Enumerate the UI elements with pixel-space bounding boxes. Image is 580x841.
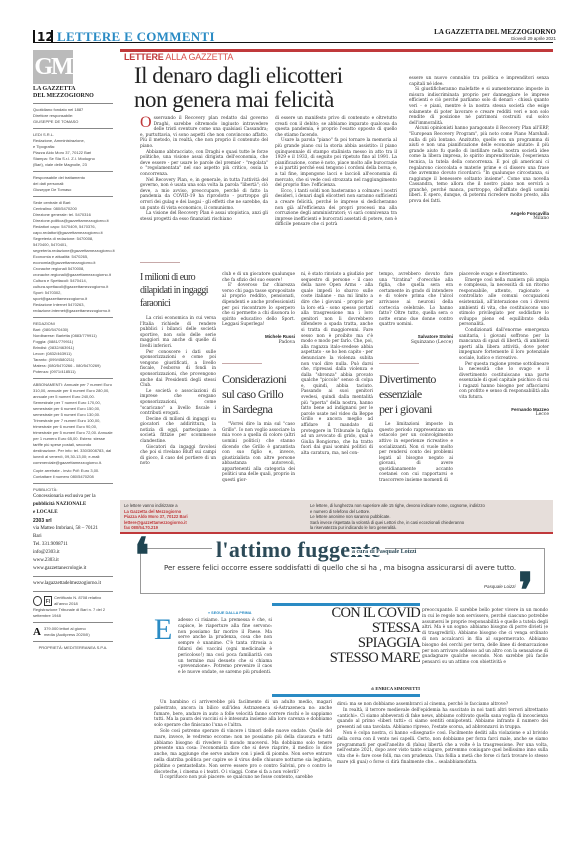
kicker-light: ALLA GAZZETTA <box>165 52 233 62</box>
letter-text: Emerge così nella maniera più ampia e co… <box>459 278 549 328</box>
byline-author: ENRICA SIMONETTI <box>375 686 420 691</box>
quote-text: Per essere felici occorre essere soddisf… <box>164 562 534 574</box>
letter-text: Per questa ragione preme sottolineare la… <box>459 362 549 401</box>
ads-line: Concessionaria esclusiva per la <box>33 493 113 501</box>
divider <box>33 483 113 484</box>
director: GIUSEPPE DE TOMASO <box>33 119 113 125</box>
editorial-col2-top: preoccupante. E sarebbe bello poter vive… <box>422 608 548 666</box>
headline-line-2: non genera mai felicità <box>134 88 343 112</box>
letter-text: Le limitazioni imposte in questo periodo… <box>379 422 453 484</box>
letter-text: ni, è stato rinviato a giudizio per sequ… <box>301 272 373 457</box>
editorial-col2: dirsi: ma se non dobbiamo assembrarci al… <box>337 702 548 766</box>
site-link[interactable]: www.lagazzettadelmezzogiorno.it <box>33 580 113 588</box>
agency-name: 2303 srl <box>33 517 113 525</box>
divider <box>33 378 113 379</box>
info-bottom-bar <box>120 532 553 534</box>
author-location: Milano <box>409 216 549 222</box>
readers-source: media (Audipress 2020/II) <box>44 632 90 637</box>
page-number-bar-left <box>33 30 35 42</box>
letter-divertimento-col2: piacevole svago e divertimento. Emerge c… <box>459 272 549 418</box>
divider <box>33 641 113 642</box>
offices-block: REDAZIONI Bari: (080/5470430) Nordbarese… <box>33 321 113 375</box>
short-rule <box>140 262 180 263</box>
letter-title: Divertimento essenziale per i giovani <box>379 372 453 417</box>
letter-text: Decine di milioni di ingaggi su giocator… <box>140 417 216 445</box>
title-line: sul caso Grillo <box>222 387 295 402</box>
title-line: Divertimento <box>379 372 453 387</box>
letter-title: I milioni di euro dilapidati in ingaggi … <box>140 271 216 310</box>
byline-prefix: di <box>371 686 375 691</box>
letter-text: Per conoscere i dati sulle sponsorizzazi… <box>140 350 216 389</box>
editorial-bottom-bar <box>272 694 420 697</box>
agency-address: via Matteo Imbriani, 58 – 70121 <box>33 525 113 533</box>
ads-cert-icon <box>33 596 42 606</box>
cert-text: Certificato N. 8708 relativo all'anno 20… <box>54 595 113 607</box>
owner: PROPRIETÀ: MEDITERRANEA S.P.A. <box>33 645 113 651</box>
info-line: la riservatezza pur indicando le loro ge… <box>310 525 550 531</box>
agency-website[interactable]: www.2303.it <box>33 557 113 565</box>
letter-grillo-col2: ni, è stato rinviato a giudizio per sequ… <box>301 272 373 457</box>
masthead-name: LA GAZZETTA DEL MEZZOGIORNO <box>434 28 556 36</box>
main-letter-text: Si giustificheranno malefatte e si aumen… <box>409 87 549 126</box>
privacy-block: Responsabile del trattamento dei dati pe… <box>33 175 113 193</box>
contact-email[interactable]: redazione.internet@gazzettamezzogiorno.i… <box>33 308 113 314</box>
letters-submit-info: Le lettere vanno indirizzate a La Gazzet… <box>124 503 188 531</box>
ads-line: e LOCALE <box>33 509 113 517</box>
registration: Registrazione Tribunale di Bari n. 7 del… <box>33 607 113 619</box>
editorial-text: In realtà, il terrore medievale dell'epi… <box>337 708 548 731</box>
editorial-intro: adesso ci risiamo. La premessa è che, si… <box>178 618 272 676</box>
audipress-icon: A <box>33 629 41 635</box>
editorial-text: Il coprifuoco non può piacere: se qualcu… <box>154 775 332 781</box>
editorial-headline: CON IL COVID STESSA SPIAGGIA STESSO MARE <box>310 606 420 666</box>
letter-text: E' doveroso far chiarezza verso chi paga… <box>222 283 295 328</box>
short-rule <box>222 363 262 364</box>
editorial-text: preoccupante. E sarebbe bello poter vive… <box>422 608 548 666</box>
quote-signature: Pasquale Loizzi <box>484 584 516 589</box>
title-line: in Sardegna <box>222 402 295 417</box>
letters-rules-info: Le lettere, di lunghezza non superiore a… <box>310 503 550 531</box>
editorial-col1: Un bambino ci arriverebbe più facilmente… <box>154 700 332 781</box>
letter-text: La crisi economica in cui versa l'Italia… <box>140 316 216 350</box>
copies: Copie arretrate - invio Pdf: Euro 3,00. … <box>33 468 113 480</box>
contacts-block: Sede centrale di Bari: Centralino: 080/5… <box>33 200 113 314</box>
agency-city: Bari <box>33 533 113 541</box>
page-number-bar-right <box>51 30 53 42</box>
title-line: Considerazioni <box>222 372 295 387</box>
letter-milioni: I milioni di euro dilapidati in ingaggi … <box>140 262 216 467</box>
colophon-sidebar: GM LA GAZZETTA DEL MEZZOGIORNO Quotidian… <box>33 50 113 651</box>
quote-box-curator: a cura di Pasquale Loizzi <box>352 549 420 555</box>
kicker-bold: LETTERE <box>124 52 164 62</box>
editorial-byline: di ENRICA SIMONETTI <box>330 686 420 691</box>
main-letter-col3: essere un nuovo connubio tra politica e … <box>409 76 549 222</box>
divider <box>33 591 113 592</box>
letter-title: Considerazioni sul caso Grillo in Sardeg… <box>222 372 295 417</box>
author-location: Lecce <box>459 412 549 418</box>
title-line: per i giovani <box>379 402 453 417</box>
logo-name-2: DEL MEZZOGIORNO <box>33 93 113 100</box>
main-letter-text: Alcuni opinionisti hanno paragonato il R… <box>409 126 549 204</box>
editorial-text: Un bambino ci arriverebbe più facilmente… <box>154 700 332 729</box>
divider <box>33 128 113 129</box>
logo-name-1: LA GAZZETTA <box>33 86 113 93</box>
issue-date: Giovedì 29 aprile 2021 <box>511 36 556 41</box>
letter-text: club e di un giocatore qualunque che fa … <box>222 272 295 283</box>
main-letter-text: Usare la parola "piano" fa poi tornare l… <box>275 138 397 188</box>
letter-text: Giocatori da ingaggi favolosi che poi si… <box>140 445 216 467</box>
agency-website-2[interactable]: www.gazzettanecrologie.it <box>33 565 113 573</box>
segue-text: SEGUE DALLA PRIMA <box>211 611 251 615</box>
office-line: Potenza: (0971/418511) <box>33 369 113 375</box>
author-location: Padova <box>222 340 295 346</box>
editorial-text: Solo così potremo sperare di vincere i t… <box>154 729 332 775</box>
editorial-text: adesso ci risiamo. La premessa è che, si… <box>178 618 272 676</box>
ads-line: pubblicità NAZIONALE <box>33 501 113 509</box>
drop-cap-e: E <box>154 617 172 643</box>
open-quote-icon: ❛ <box>134 537 149 577</box>
letter-text: Condizionati dall'enorme emergenza sanit… <box>459 328 549 362</box>
agency-email[interactable]: info@2303.it <box>33 549 113 557</box>
subscriptions: ABBONAMENTI: Annuale per 7 numeri Euro 3… <box>33 382 113 466</box>
publisher-block: LEDI S.R.L. Redazione, Amministrazione, … <box>33 132 113 168</box>
headline-line-1: Il denaro dagli elicotteri <box>134 64 343 88</box>
divider <box>33 171 113 172</box>
header-rule <box>33 42 553 43</box>
drop-cap-o: O <box>140 116 152 130</box>
letters-headline: Il denaro dagli elicotteri non genera ma… <box>134 64 343 112</box>
readers-row: A 379.000 lettori al giornomedia (Audipr… <box>33 626 113 638</box>
main-letter-col2: di essere un manifesto privo di contenut… <box>275 116 397 228</box>
letter-text: tempo, avrebbero dovuto fare una "tirati… <box>379 272 453 328</box>
divider <box>33 103 113 104</box>
headline-line: STESSO MARE <box>310 651 420 666</box>
title-line: essenziale <box>379 387 453 402</box>
cert-row: FI Certificato N. 8708 relativo all'anno… <box>33 595 113 607</box>
editorial-text: Non è colpa nostra, ci hanno «disegnati»… <box>337 731 548 766</box>
main-letter-text: Nel Recovery Plan, e, in generale, in tu… <box>140 178 268 212</box>
short-rule <box>379 363 419 364</box>
divider <box>33 576 113 577</box>
main-letter-text: sservando il Recovery plan redatto dal g… <box>140 116 268 149</box>
divider <box>33 317 113 318</box>
privacy-line: Giuseppe De Tomaso <box>33 187 113 193</box>
gm-logo-icon: GM <box>33 50 73 84</box>
main-letter-text: di essere un manifesto privo di contenut… <box>275 116 397 138</box>
main-letter-text: La visione del Recovery Plan è assai uto… <box>140 211 268 222</box>
info-address: Piazza Aldo Moro 37, 70122 Bari <box>124 514 188 520</box>
readers-count: 379.000 lettori al giorno <box>44 626 86 631</box>
divider <box>33 196 113 197</box>
main-letter-text: Abbiamo abbracciato, con Draghi e quasi … <box>140 150 268 178</box>
divider <box>33 622 113 623</box>
letter-grillo-col3: tempo, avrebbero dovuto fare una "tirati… <box>379 272 453 484</box>
letter-text: "Vorrei dire la mia sul "caso Grillo". I… <box>222 422 295 484</box>
close-quote-icon: ❜ <box>518 572 533 612</box>
main-letter-col1: Osservando il Recovery plan redatto dal … <box>140 116 268 222</box>
main-letter-text: Ecco, i tanti soldi non basteranno a col… <box>275 189 397 228</box>
letter-text: Le società o associazioni di imprese che… <box>140 389 216 417</box>
author-location: Squinzano (Lecce) <box>379 340 453 346</box>
segue-label: » SEGUE DALLA PRIMA <box>208 611 252 615</box>
headline-line: CON IL COVID <box>310 606 420 621</box>
letter-milioni-col2: club e di un giocatore qualunque che fa … <box>222 272 295 484</box>
fieg-icon: FI <box>44 596 53 606</box>
letters-kicker: LETTERE ALLA GAZZETTA <box>124 52 233 62</box>
publisher-line: (Bari), viale delle Magnolie, 23 <box>33 162 113 168</box>
headline-line: STESSA SPIAGGIA <box>310 621 420 651</box>
agency-tel: Tel. 331.9098711 <box>33 541 113 549</box>
main-letter-text: essere un nuovo connubio tra politica e … <box>409 76 549 87</box>
